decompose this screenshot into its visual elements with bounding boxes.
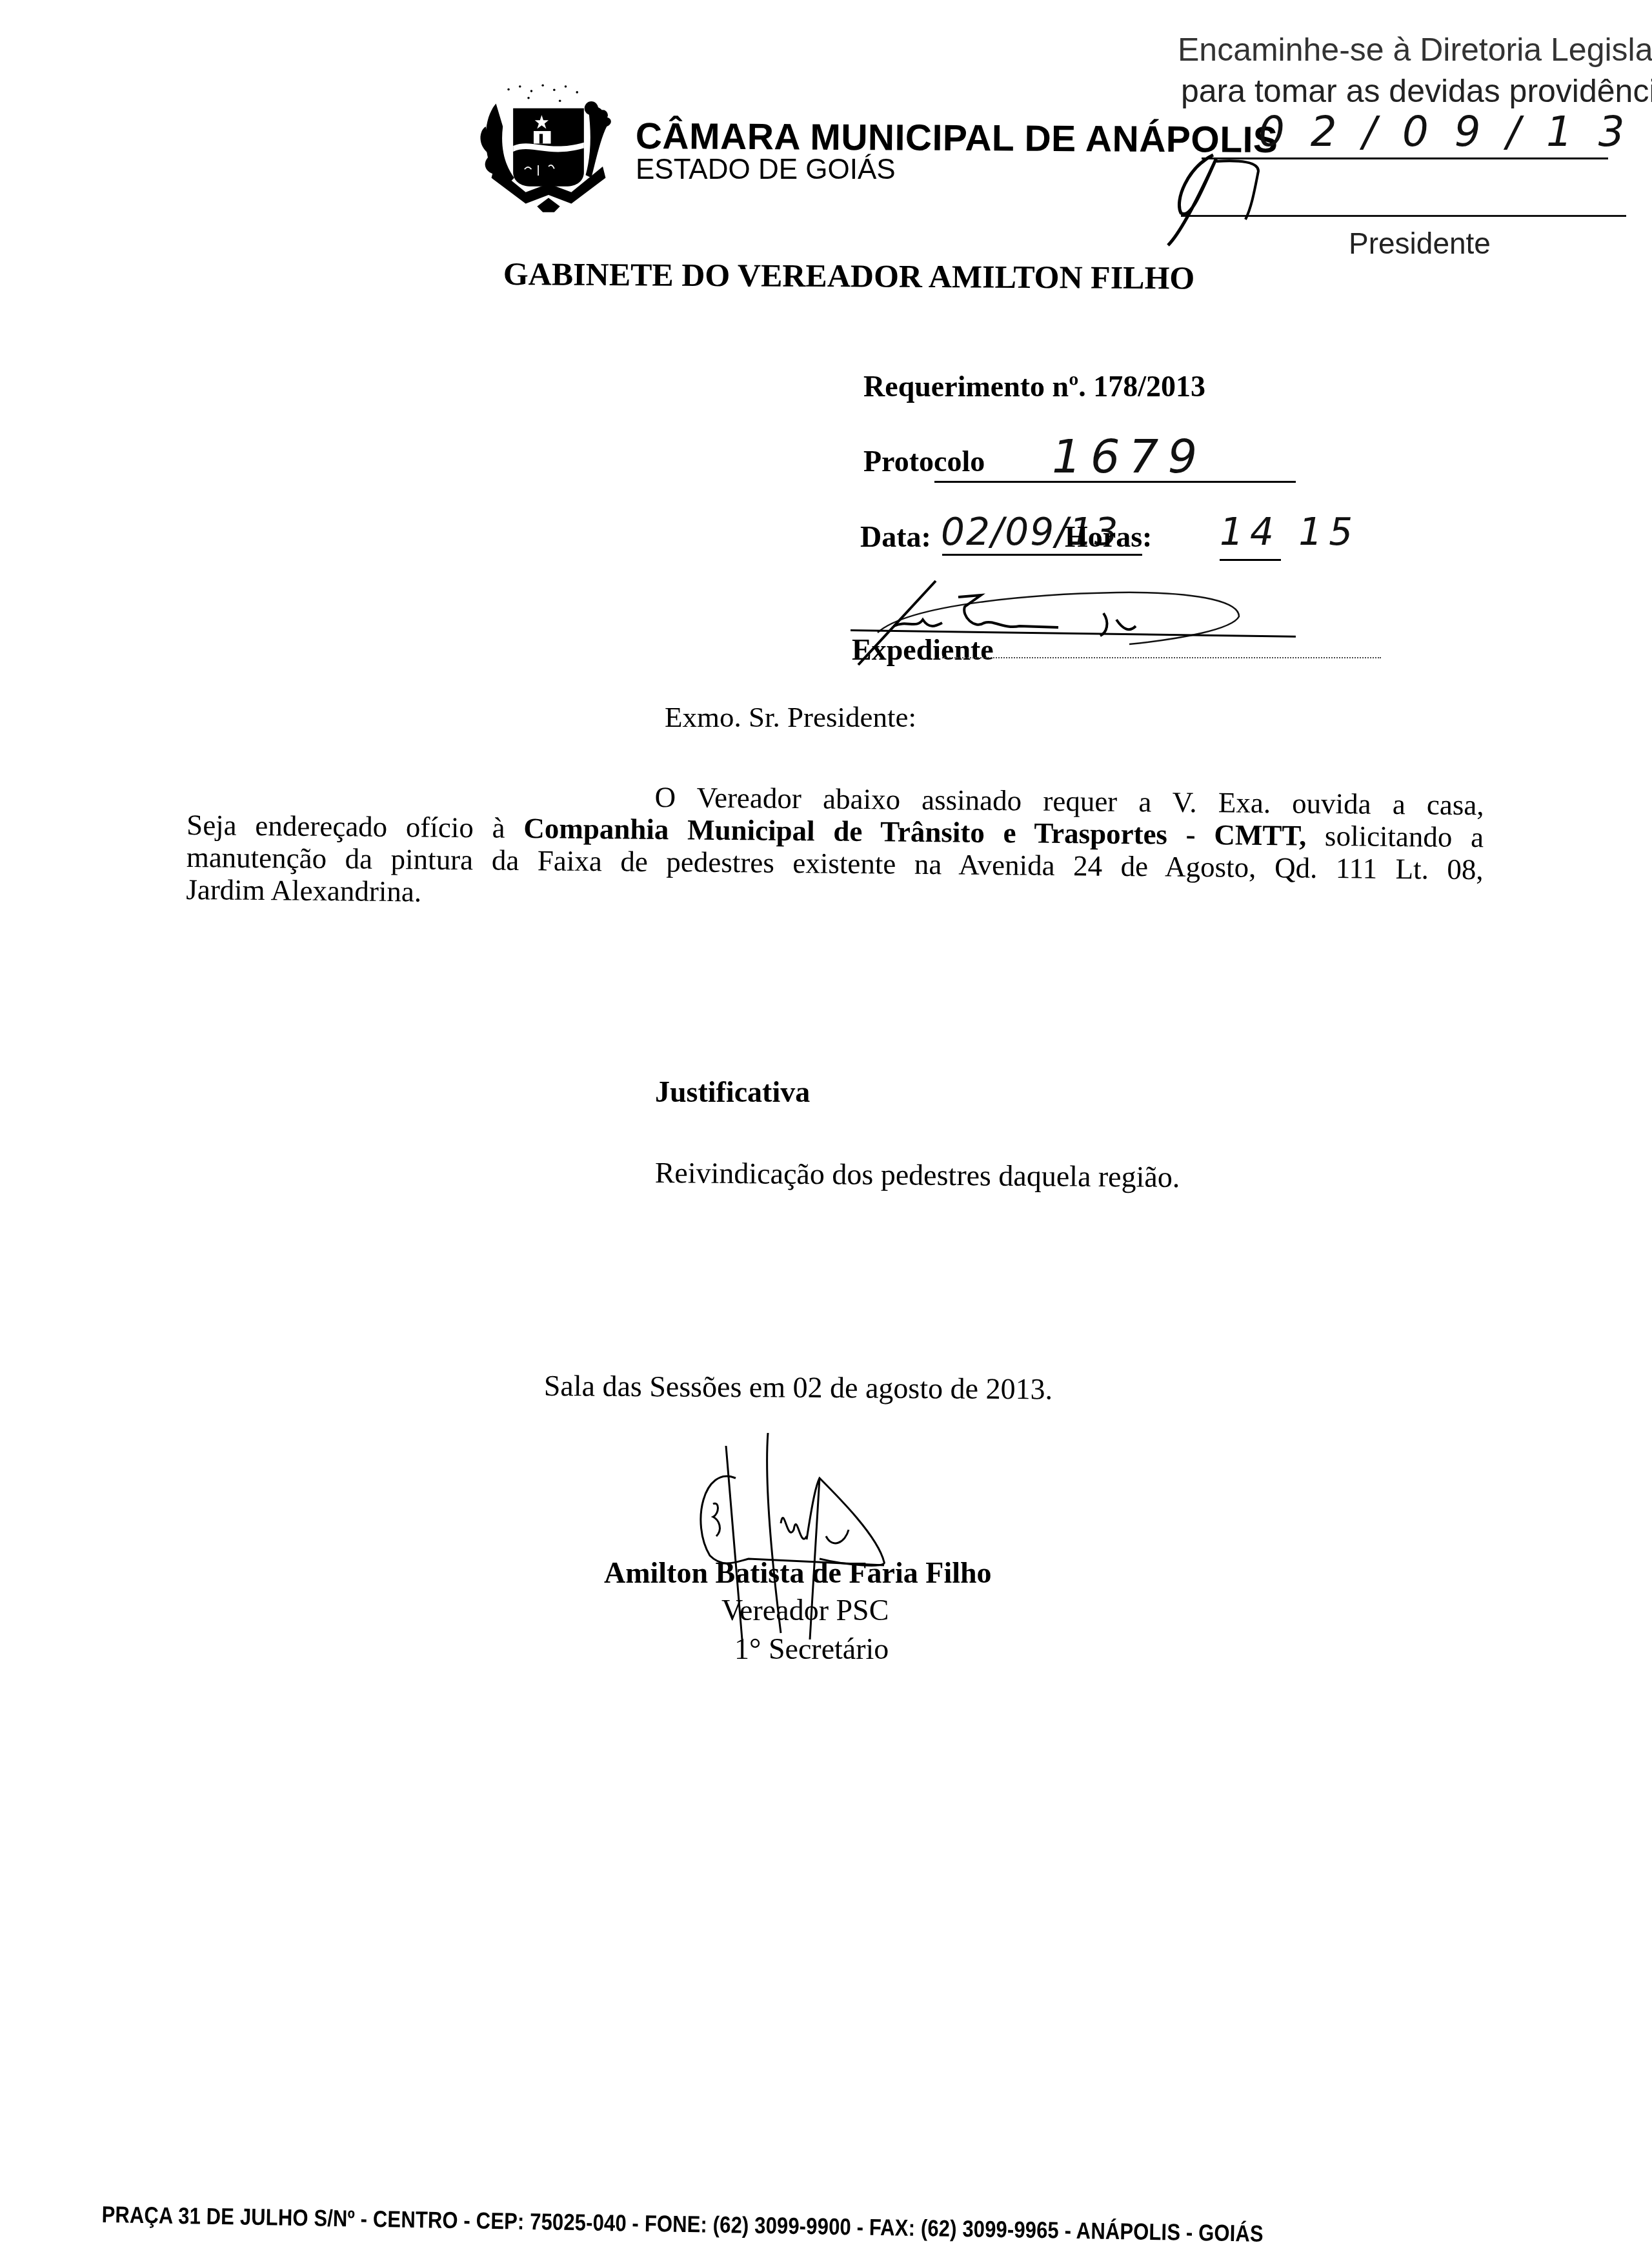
expediente-dotted-line [942, 657, 1381, 658]
cabinet-title: GABINETE DO VEREADOR AMILTON FILHO [503, 255, 1195, 297]
protocol-value: 1679 [1052, 429, 1206, 483]
justification-text: Reivindicação dos pedestres daquela regi… [655, 1155, 1180, 1194]
dispatch-stamp-line2: para tomar as devidas providênci [1181, 72, 1652, 110]
signer-title: 1° Secretário [734, 1632, 889, 1666]
hour-value: 14 15 [1220, 510, 1359, 554]
footer-address: PRAÇA 31 DE JULHO S/Nº - CENTRO - CEP: 7… [101, 2201, 1264, 2248]
salutation: Exmo. Sr. Presidente: [665, 699, 916, 735]
date-label: Data: [860, 520, 931, 554]
request-body: O Vereador abaixo assinado requer a V. E… [186, 775, 1484, 916]
signer-name: Amilton Batista de Faria Filho [604, 1556, 992, 1590]
organization-state: ESTADO DE GOIÁS [636, 154, 896, 186]
justification-title: Justificativa [655, 1075, 810, 1109]
dispatch-role: Presidente [1349, 226, 1491, 261]
president-signature [1162, 148, 1329, 252]
date-underline [942, 554, 1142, 556]
protocol-underline [934, 481, 1296, 483]
signer-role: Vereador PSC [721, 1593, 889, 1627]
requirement-number: Requerimento nº. 178/2013 [863, 369, 1205, 403]
hour-label: Horas: [1065, 520, 1152, 554]
closing-place-date: Sala das Sessões em 02 de agosto de 2013… [544, 1368, 1053, 1406]
body-line-2-post: solicitando a [1306, 820, 1484, 854]
coat-of-arms-icon [474, 68, 623, 219]
dispatch-stamp-line1: Encaminhe-se à Diretoria Legislat [1178, 31, 1652, 68]
hour-underline [1220, 559, 1281, 561]
protocol-label: Protocolo [863, 444, 985, 478]
expediente-label: Expediente [852, 633, 994, 667]
